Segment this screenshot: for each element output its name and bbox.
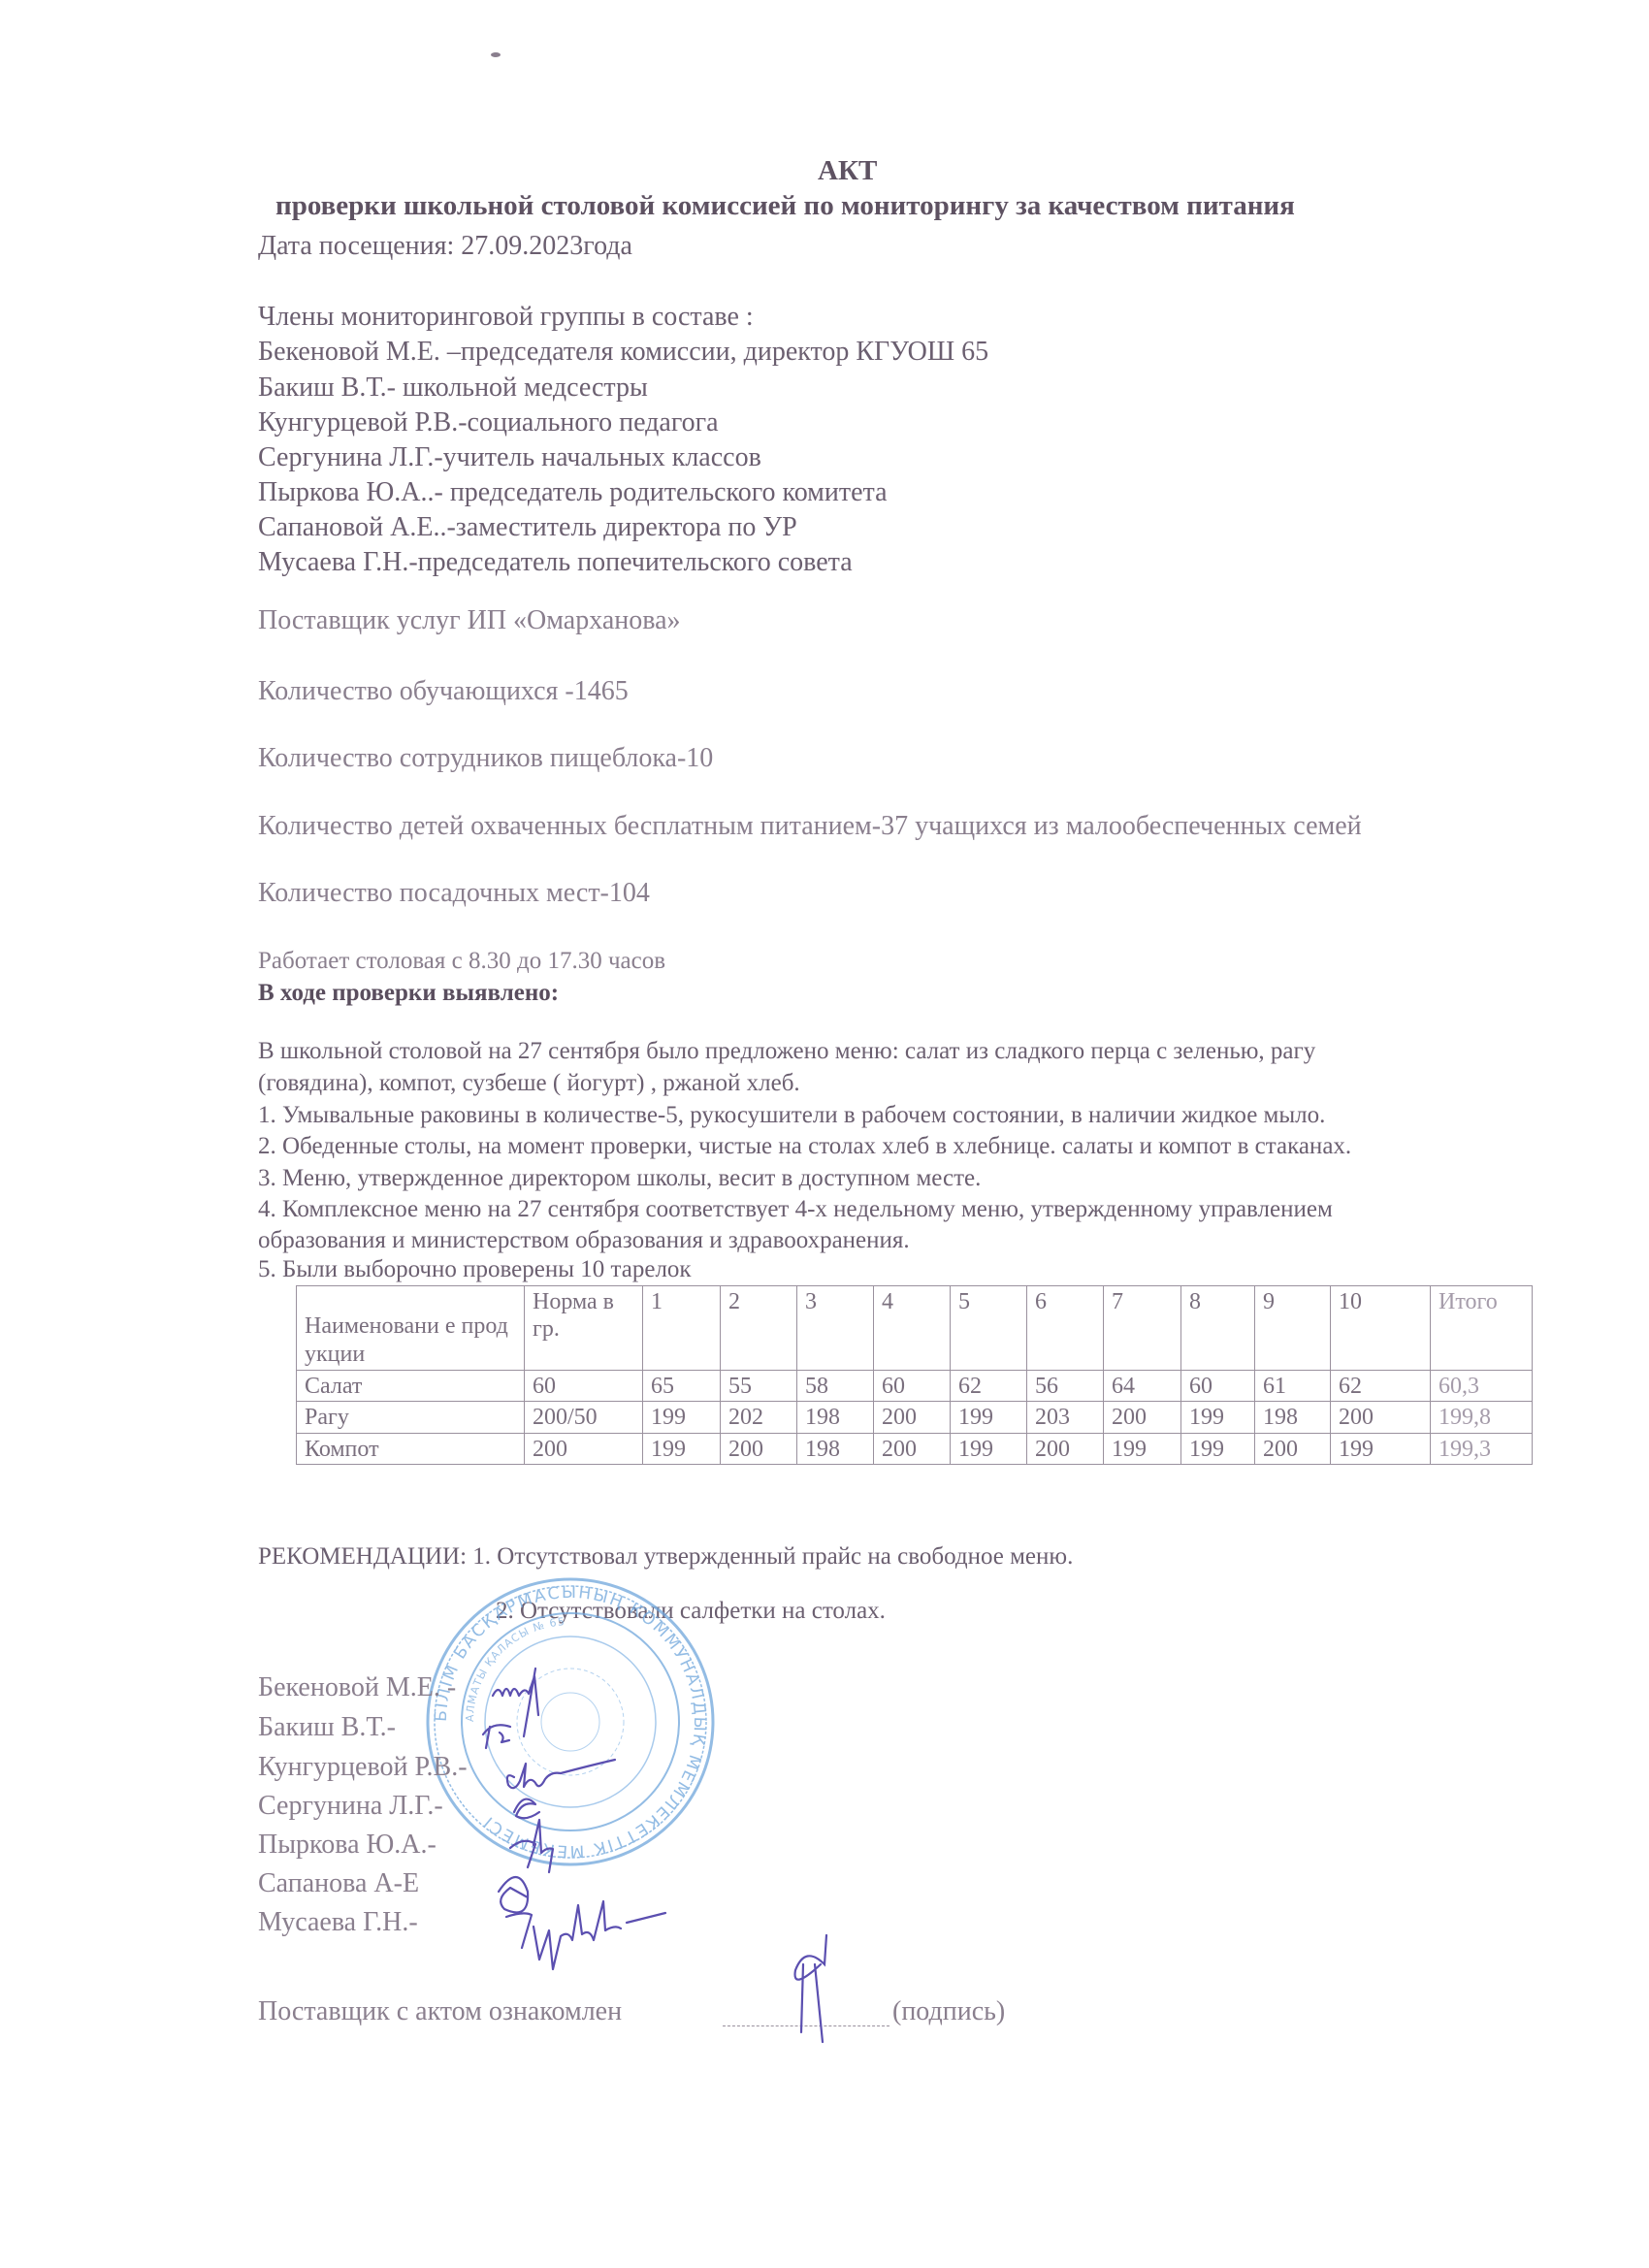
signature-name: Мусаева Г.Н.-: [258, 1909, 418, 1936]
finding-item: 5. Были выборочно проверены 10 тарелок: [258, 1257, 692, 1281]
committee-member: Мусаева Г.Н.-председатель попечительског…: [258, 549, 853, 576]
committee-member: Кунгурцевой Р.В.-социального педагога: [258, 409, 719, 437]
plate-weight: 198: [797, 1433, 874, 1464]
header-plate-7: 7: [1104, 1286, 1181, 1371]
plate-weight: 60: [1181, 1371, 1255, 1402]
plate-weight: 200: [1104, 1402, 1181, 1433]
findings-heading: В ходе проверки выявлено:: [258, 981, 559, 1005]
plate-weight: 199: [1181, 1402, 1255, 1433]
plate-weight: 199: [1104, 1433, 1181, 1464]
plate-weight: 202: [721, 1402, 797, 1433]
committee-heading: Члены мониторинговой группы в составе :: [258, 304, 754, 331]
product-name: Рагу: [297, 1402, 525, 1433]
scan-speck: [491, 52, 501, 57]
handwritten-signatures: [446, 1639, 737, 2008]
plate-weight: 200: [874, 1433, 951, 1464]
table-header-row: Наименовани е продукцииНорма в гр.123456…: [297, 1286, 1533, 1371]
plate-weight: 199: [951, 1402, 1027, 1433]
total-value: 199,3: [1431, 1433, 1533, 1464]
plate-weight: 61: [1255, 1371, 1331, 1402]
plate-weight: 200: [1255, 1433, 1331, 1464]
plate-weight: 200: [1331, 1402, 1431, 1433]
portion-weight-table: Наименовани е продукцииНорма в гр.123456…: [296, 1285, 1533, 1465]
total-value: 60,3: [1431, 1371, 1533, 1402]
supplier-signature: [776, 1926, 863, 2052]
table-row: Салат606555586062566460616260,3: [297, 1371, 1533, 1402]
plate-weight: 199: [643, 1433, 721, 1464]
header-plate-2: 2: [721, 1286, 797, 1371]
free-meals-count: Количество детей охваченных бесплатным п…: [258, 813, 1362, 840]
header-plate-3: 3: [797, 1286, 874, 1371]
plate-weight: 65: [643, 1371, 721, 1402]
header-plate-4: 4: [874, 1286, 951, 1371]
supplier-ack-label: Поставщик с актом ознакомлен: [258, 1998, 622, 2025]
staff-count: Количество сотрудников пищеблока-10: [258, 745, 713, 772]
plate-weight: 198: [797, 1402, 874, 1433]
plate-weight: 199: [1331, 1433, 1431, 1464]
signature-name: Бакиш В.Т.-: [258, 1714, 396, 1741]
plate-weight: 64: [1104, 1371, 1181, 1402]
plate-weight: 200: [874, 1402, 951, 1433]
header-plate-10: 10: [1331, 1286, 1431, 1371]
committee-member: Сергунина Л.Г.-учитель начальных классов: [258, 444, 761, 471]
supplier-line: Поставщик услуг ИП «Омарханова»: [258, 607, 681, 634]
header-norm: Норма в гр.: [525, 1286, 643, 1371]
header-product-name: Наименовани е продукции: [297, 1286, 525, 1371]
signature-name: Пыркова Ю.А.-: [258, 1831, 436, 1859]
header-plate-6: 6: [1027, 1286, 1104, 1371]
plate-weight: 58: [797, 1371, 874, 1402]
committee-member: Бакиш В.Т.- школьной медсестры: [258, 374, 648, 402]
menu-description: В школьной столовой на 27 сентября было …: [258, 1039, 1315, 1063]
finding-item-cont: образования и министерством образования …: [258, 1228, 910, 1252]
finding-item: 2. Обеденные столы, на момент проверки, …: [258, 1134, 1351, 1158]
signature-name: Сапанова А-Е: [258, 1870, 419, 1897]
signature-name: Кунгурцевой Р.В.-: [258, 1754, 468, 1781]
plate-weight: 200: [1027, 1433, 1104, 1464]
norm-value: 200: [525, 1433, 643, 1464]
plate-weight: 60: [874, 1371, 951, 1402]
document-subtitle: проверки школьной столовой комиссией по …: [275, 192, 1295, 220]
header-plate-9: 9: [1255, 1286, 1331, 1371]
header-plate-1: 1: [643, 1286, 721, 1371]
seats-count: Количество посадочных мест-104: [258, 880, 650, 907]
document-title: АКТ: [818, 157, 877, 185]
committee-member: Бекеновой М.Е. –председателя комиссии, д…: [258, 339, 988, 366]
committee-member: Пыркова Ю.А..- председатель родительског…: [258, 479, 888, 506]
plate-weight: 199: [1181, 1433, 1255, 1464]
plate-weight: 198: [1255, 1402, 1331, 1433]
table-row: Компот2001992001982001992001991992001991…: [297, 1433, 1533, 1464]
plate-weight: 62: [951, 1371, 1027, 1402]
total-value: 199,8: [1431, 1402, 1533, 1433]
finding-item: 4. Комплексное меню на 27 сентября соотв…: [258, 1197, 1333, 1221]
header-total: Итого: [1431, 1286, 1533, 1371]
signature-name: Бекеновой М.Е. -: [258, 1674, 456, 1701]
plate-weight: 199: [951, 1433, 1027, 1464]
header-plate-5: 5: [951, 1286, 1027, 1371]
plate-weight: 199: [643, 1402, 721, 1433]
visit-date: Дата посещения: 27.09.2023года: [258, 233, 632, 260]
plate-weight: 55: [721, 1371, 797, 1402]
finding-item: 1. Умывальные раковины в количестве-5, р…: [258, 1103, 1325, 1127]
students-count: Количество обучающихся -1465: [258, 678, 629, 705]
header-plate-8: 8: [1181, 1286, 1255, 1371]
plate-weight: 203: [1027, 1402, 1104, 1433]
signature-caption: (подпись): [892, 1998, 1005, 2025]
recommendation-1: РЕКОМЕНДАЦИИ: 1. Отсутствовал утвержденн…: [258, 1544, 1073, 1569]
committee-member: Сапановой А.Е..-заместитель директора по…: [258, 514, 797, 541]
product-name: Салат: [297, 1371, 525, 1402]
plate-weight: 200: [721, 1433, 797, 1464]
plate-weight: 62: [1331, 1371, 1431, 1402]
table-row: Рагу200/50199202198200199203200199198200…: [297, 1402, 1533, 1433]
plate-weight: 56: [1027, 1371, 1104, 1402]
finding-item: 3. Меню, утвержденное директором школы, …: [258, 1166, 981, 1190]
product-name: Компот: [297, 1433, 525, 1464]
opening-hours: Работает столовая с 8.30 до 17.30 часов: [258, 949, 665, 973]
norm-value: 60: [525, 1371, 643, 1402]
norm-value: 200/50: [525, 1402, 643, 1433]
signature-name: Сергунина Л.Г.-: [258, 1793, 443, 1820]
menu-description-cont: (говядина), компот, сузбеше ( йогурт) , …: [258, 1071, 800, 1095]
